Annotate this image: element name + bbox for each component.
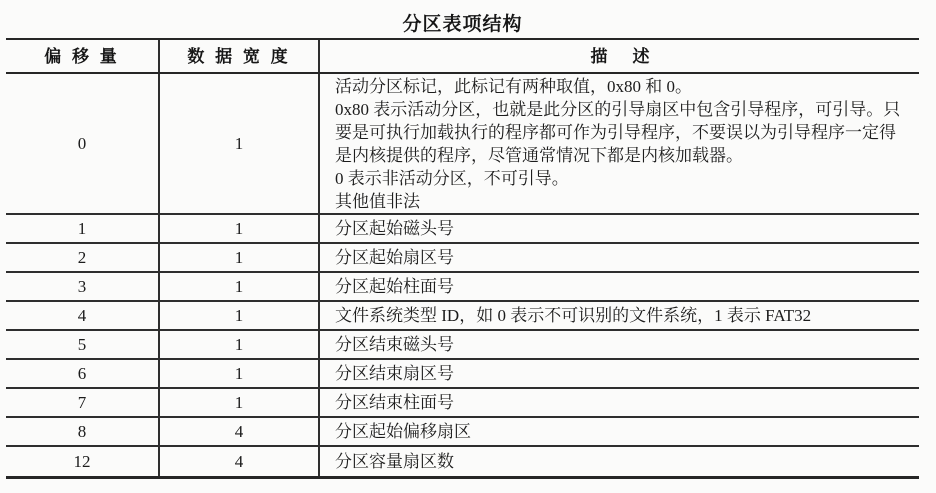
cell-data-width: 1 xyxy=(160,74,320,213)
cell-data-width: 1 xyxy=(160,360,320,387)
cell-description: 文件系统类型 ID，如 0 表示不可识别的文件系统，1 表示 FAT32 xyxy=(320,302,919,329)
table-row: 84分区起始偏移扇区 xyxy=(6,418,919,447)
cell-offset: 8 xyxy=(6,418,160,445)
cell-data-width: 4 xyxy=(160,447,320,476)
cell-description: 分区结束扇区号 xyxy=(320,360,919,387)
cell-offset: 7 xyxy=(6,389,160,416)
cell-offset: 3 xyxy=(6,273,160,300)
column-header-data-width: 数 据 宽 度 xyxy=(160,40,320,72)
cell-offset: 1 xyxy=(6,215,160,242)
cell-data-width: 1 xyxy=(160,389,320,416)
cell-offset: 4 xyxy=(6,302,160,329)
cell-data-width: 1 xyxy=(160,273,320,300)
cell-data-width: 1 xyxy=(160,302,320,329)
description-paragraph: 活动分区标记，此标记有两种取值，0x80 和 0。 xyxy=(335,75,692,98)
column-header-offset: 偏 移 量 xyxy=(6,40,160,72)
description-paragraph: 0 表示非活动分区，不可引导。 xyxy=(335,167,569,190)
cell-offset: 5 xyxy=(6,331,160,358)
table-row: 11分区起始磁头号 xyxy=(6,215,919,244)
description-paragraph: 0x80 表示活动分区，也就是此分区的引导扇区中包含引导程序，可引导。只要是可执… xyxy=(335,98,909,167)
cell-offset: 0 xyxy=(6,74,160,213)
cell-description: 分区容量扇区数 xyxy=(320,447,919,476)
table-header-row: 偏 移 量 数 据 宽 度 描 述 xyxy=(6,40,919,74)
table-row: 01活动分区标记，此标记有两种取值，0x80 和 0。0x80 表示活动分区，也… xyxy=(6,74,919,215)
table-row: 124分区容量扇区数 xyxy=(6,447,919,476)
cell-offset: 2 xyxy=(6,244,160,271)
table-row: 21分区起始扇区号 xyxy=(6,244,919,273)
partition-entry-table: 偏 移 量 数 据 宽 度 描 述 01活动分区标记，此标记有两种取值，0x80… xyxy=(6,38,919,479)
cell-offset: 12 xyxy=(6,447,160,476)
cell-data-width: 1 xyxy=(160,331,320,358)
cell-description: 分区起始偏移扇区 xyxy=(320,418,919,445)
cell-data-width: 1 xyxy=(160,244,320,271)
cell-description: 分区起始柱面号 xyxy=(320,273,919,300)
cell-description: 分区起始扇区号 xyxy=(320,244,919,271)
table-row: 51分区结束磁头号 xyxy=(6,331,919,360)
cell-description: 分区结束磁头号 xyxy=(320,331,919,358)
column-header-description: 描 述 xyxy=(320,40,919,72)
cell-description: 分区结束柱面号 xyxy=(320,389,919,416)
table-body: 01活动分区标记，此标记有两种取值，0x80 和 0。0x80 表示活动分区，也… xyxy=(6,74,919,476)
cell-description: 活动分区标记，此标记有两种取值，0x80 和 0。0x80 表示活动分区，也就是… xyxy=(320,74,919,213)
cell-description: 分区起始磁头号 xyxy=(320,215,919,242)
description-paragraph: 其他值非法 xyxy=(335,190,420,213)
table-row: 41文件系统类型 ID，如 0 表示不可识别的文件系统，1 表示 FAT32 xyxy=(6,302,919,331)
cell-data-width: 4 xyxy=(160,418,320,445)
table-row: 31分区起始柱面号 xyxy=(6,273,919,302)
cell-offset: 6 xyxy=(6,360,160,387)
cell-data-width: 1 xyxy=(160,215,320,242)
table-row: 71分区结束柱面号 xyxy=(6,389,919,418)
page: { "page": { "title": "分区表项结构" }, "table"… xyxy=(0,0,936,493)
page-title: 分区表项结构 xyxy=(6,9,919,36)
table-row: 61分区结束扇区号 xyxy=(6,360,919,389)
